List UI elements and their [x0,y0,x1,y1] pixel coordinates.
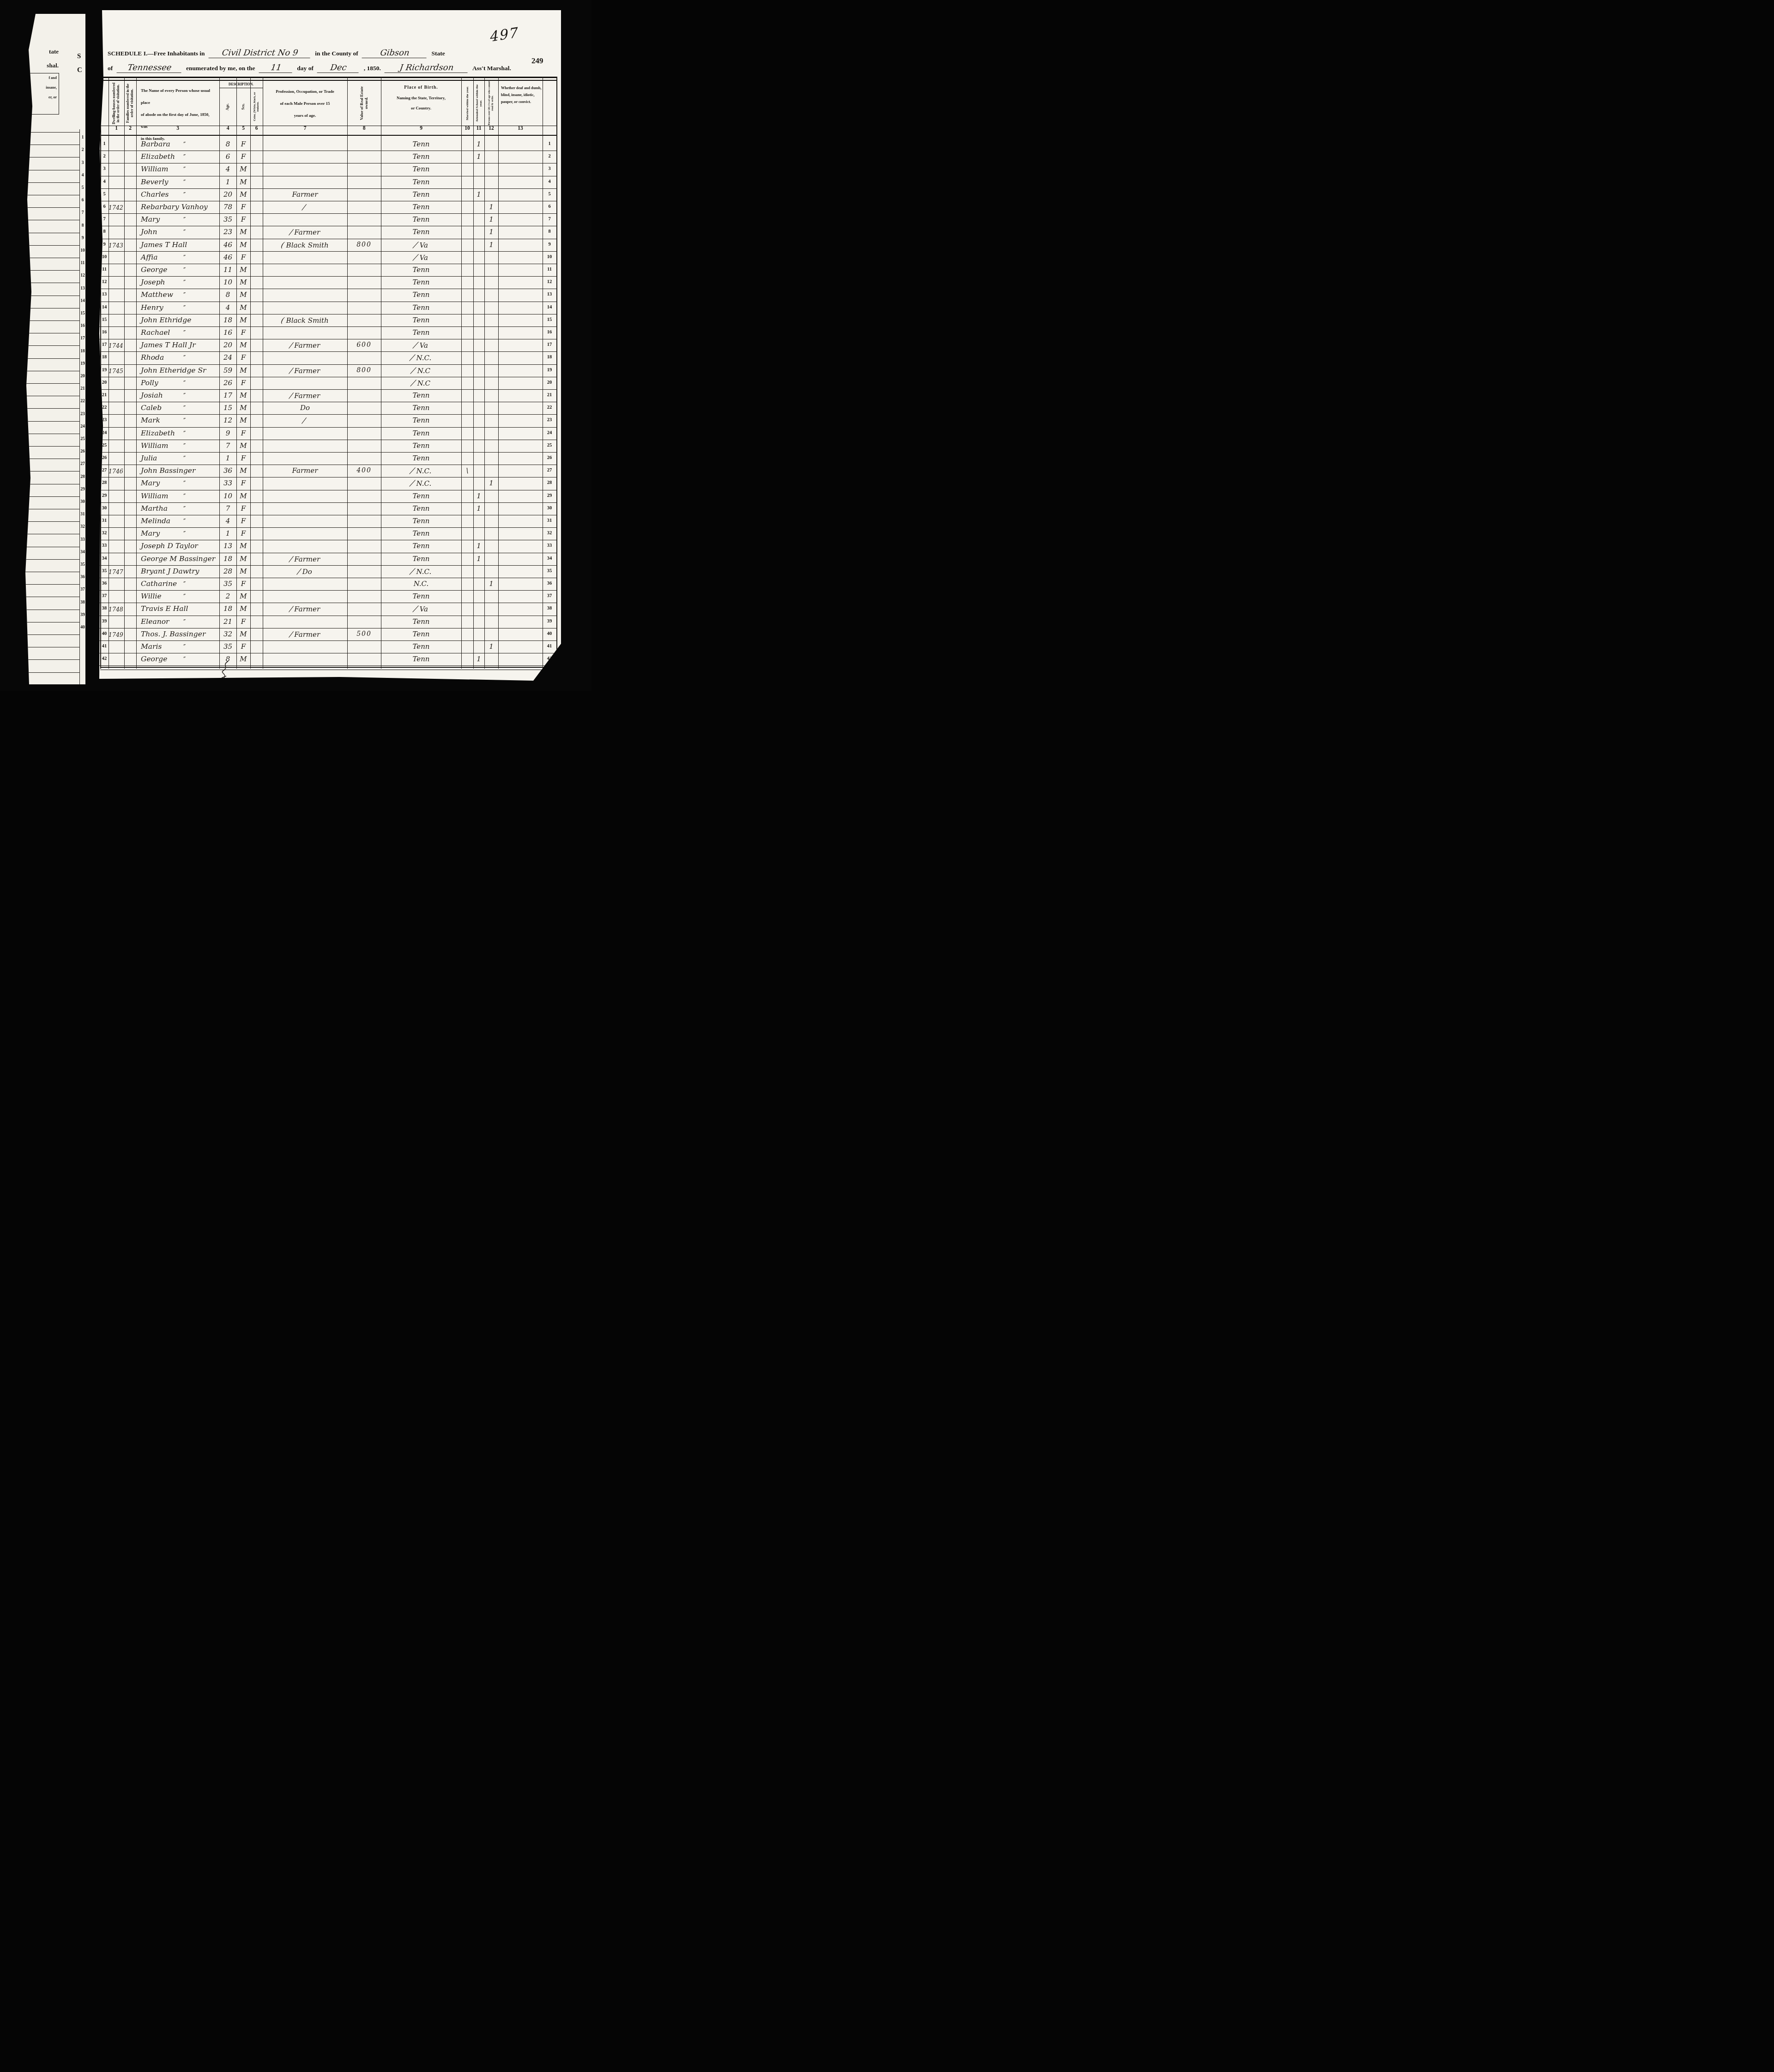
ditto-mark: ″ [183,141,186,149]
cell-attended-school [473,377,484,390]
cell-sex: M [236,553,250,566]
cell-sex: M [236,415,250,427]
table-row: 11George″11MTenn11 [99,264,557,277]
person-name: John Etheridge Sr [141,366,206,375]
person-name: Mark [141,416,160,424]
row-number-right: 27 [543,465,556,477]
cell-place-of-birth: Tenn [381,616,461,628]
ditto-mark: ″ [183,229,186,236]
cell-sex: F [236,214,250,226]
cell-sex: M [236,339,250,352]
cell-profession [263,214,347,226]
cell-dwelling-number [109,226,124,239]
cell-real-estate-value [347,490,381,503]
person-name: Julia [141,454,157,462]
person-name: Mary [141,529,160,538]
cell-dwelling-number [109,477,124,490]
cell-name: Maris″ [136,641,219,653]
cell-married-within-year [461,390,473,402]
cell-real-estate-value [347,440,381,453]
row-number-right: 37 [543,591,556,603]
cell-real-estate-value [347,377,381,390]
cell-attended-school [473,226,484,239]
cell-married-within-year [461,327,473,339]
cell-condition [498,616,543,628]
fragment-row-rule [25,408,79,409]
cell-color [250,477,263,490]
fragment-marshal-text: shal. [47,62,59,69]
handwritten-day: 11 [259,63,293,73]
ditto-mark: ″ [183,581,186,588]
cell-dwelling-number [109,440,124,453]
cell-attended-school [473,252,484,264]
title-mid: in the County of [315,50,358,57]
cell-dwelling-number [109,390,124,402]
ink-check-mark: / [409,353,416,362]
schedule-title-line2: of Tennessee enumerated by me, on the 11… [108,63,511,73]
person-name: Caleb [141,404,162,412]
cell-condition [498,553,543,566]
cell-place-of-birth: Tenn [381,226,461,239]
cell-condition [498,226,543,239]
cell-color [250,226,263,239]
cell-condition [498,566,543,578]
cell-profession [263,578,347,591]
cell-condition [498,277,543,289]
table-row: 25William″7MTenn25 [99,440,557,453]
person-name: Rachael [141,328,170,337]
cell-color [250,415,263,427]
cell-sex: M [236,540,250,553]
cell-cannot-read-write [484,339,498,352]
cell-sex: F [236,377,250,390]
fragment-column13-box: f and insane, er, or [29,73,59,115]
cell-cannot-read-write [484,365,498,377]
fragment-row-rule [25,534,79,534]
fragment-row-rule [25,182,79,183]
ditto-mark: ″ [183,279,186,287]
cell-married-within-year [461,490,473,503]
cell-attended-school [473,528,484,540]
header-attended-school: Attended School within the year. [473,81,484,126]
cell-age: 35 [219,578,236,591]
ditto-mark: ″ [183,455,186,463]
cell-sex: M [236,365,250,377]
cell-place-of-birth: Tenn [381,453,461,465]
cell-dwelling-number: 1747 [109,566,124,578]
cell-cannot-read-write [484,277,498,289]
row-number-right: 26 [543,453,556,465]
column-number: 13 [498,126,543,131]
cell-dwelling-number: 1743 [109,239,124,252]
cell-real-estate-value [347,163,381,176]
fragment-row-number: 33 [79,538,86,542]
cell-sex: F [236,616,250,628]
handwritten-signature: J Richardson [385,63,469,73]
cell-color [250,578,263,591]
cell-age: 18 [219,553,236,566]
cell-age: 46 [219,252,236,264]
ditto-mark: ″ [183,430,186,438]
table-row: 32Mary″1FTenn32 [99,528,557,540]
cell-cannot-read-write [484,591,498,603]
cell-real-estate-value [347,402,381,415]
cell-cannot-read-write: 1 [484,226,498,239]
cell-profession: /Farmer [263,603,347,616]
cell-place-of-birth: Tenn [381,214,461,226]
cell-real-estate-value [347,566,381,578]
fragment-row-rule [25,471,79,471]
cell-married-within-year [461,239,473,252]
person-name: Rhoda [141,353,164,362]
person-name: Catharine [141,580,177,588]
cell-cannot-read-write [484,503,498,515]
cell-married-within-year [461,428,473,440]
cell-color [250,352,263,364]
cell-color [250,641,263,653]
cell-sex: F [236,352,250,364]
ink-check-mark: / [409,466,416,476]
cell-attended-school [473,327,484,339]
row-number-left: 7 [100,214,109,226]
person-name: George [141,266,167,274]
cell-name: John Ethridge [136,314,219,327]
cell-sex: M [236,277,250,289]
table-row: 22Caleb″15MDoTenn22 [99,402,557,415]
cell-family-number [124,515,136,528]
cell-age: 18 [219,603,236,616]
fragment-row-number: 22 [79,399,86,404]
cell-cannot-read-write [484,151,498,163]
row-number-left: 42 [100,653,109,666]
handwritten-month: Dec [317,63,360,73]
fragment-row-rule [25,584,79,585]
row-number-right: 3 [543,163,556,176]
cell-name: Martha″ [136,503,219,515]
cell-name: Mary″ [136,214,219,226]
cell-age: 17 [219,390,236,402]
cell-profession [263,163,347,176]
ditto-mark: ″ [183,531,186,538]
cell-real-estate-value [347,277,381,289]
cell-color [250,139,263,151]
cell-attended-school [473,402,484,415]
table-row: 351747Bryant J Dawtry28M/Do/N.C.35 [99,566,557,578]
cell-family-number [124,365,136,377]
person-name: William [141,492,168,500]
person-name: Charles [141,190,169,199]
cell-attended-school: 1 [473,189,484,201]
fragment-row-rule [25,610,79,610]
cell-color [250,453,263,465]
fragment-row-number: 19 [79,362,86,366]
cell-married-within-year [461,578,473,591]
fragment-row-number: 2 [79,148,86,152]
cell-real-estate-value [347,352,381,364]
row-number-right: 14 [543,302,556,314]
cell-dwelling-number [109,402,124,415]
row-number-left: 37 [100,591,109,603]
cell-condition [498,139,543,151]
row-number-left: 33 [100,540,109,553]
cell-age: 4 [219,302,236,314]
cell-color [250,566,263,578]
row-number-right: 35 [543,566,556,578]
cell-cannot-read-write: 1 [484,201,498,214]
cell-condition [498,641,543,653]
fragment-row-rule [25,597,79,597]
cell-married-within-year: \ [461,465,473,477]
cell-color [250,201,263,214]
cell-place-of-birth: Tenn [381,264,461,277]
person-name: Martha [141,504,168,513]
table-row: 5Charles″20MFarmerTenn15 [99,189,557,201]
cell-sex: F [236,139,250,151]
cell-sex: M [236,239,250,252]
cell-attended-school [473,415,484,427]
table-row: 23Mark″12M/Tenn23 [99,415,557,427]
fragment-row-number: 35 [79,562,86,567]
cell-dwelling-number [109,176,124,189]
table-row: 31Melinda″4FTenn31 [99,515,557,528]
cell-color [250,440,263,453]
cell-age: 1 [219,176,236,189]
cell-real-estate-value [347,503,381,515]
row-number-left: 15 [100,314,109,327]
person-name: Rebarbary Vanhoy [141,203,208,211]
cell-family-number [124,616,136,628]
cell-family-number [124,402,136,415]
cell-profession [263,264,347,277]
ditto-mark: ″ [183,493,186,501]
cell-sex: M [236,289,250,302]
table-row: 13Matthew″8MTenn13 [99,289,557,302]
fragment-box-line: er, or [29,93,59,103]
cell-attended-school [473,365,484,377]
cell-name: Charles″ [136,189,219,201]
cell-cannot-read-write: 1 [484,578,498,591]
cell-attended-school [473,453,484,465]
row-number-left: 10 [100,252,109,264]
cell-name: Matthew″ [136,289,219,302]
cell-age: 10 [219,277,236,289]
cell-cannot-read-write [484,415,498,427]
table-row: 39Eleanor″21FTenn39 [99,616,557,628]
cell-color [250,553,263,566]
cell-married-within-year [461,314,473,327]
cell-family-number [124,163,136,176]
cell-name: John Bassinger [136,465,219,477]
cell-place-of-birth: Tenn [381,201,461,214]
cell-attended-school [473,352,484,364]
ditto-mark: ″ [183,656,186,664]
fragment-row-rule [25,371,79,371]
fragment-row-number: 18 [79,349,86,354]
cell-name: Willie″ [136,591,219,603]
cell-married-within-year [461,214,473,226]
cell-attended-school [473,566,484,578]
cell-profession [263,477,347,490]
table-row: 15John Ethridge18M(Black SmithTenn15 [99,314,557,327]
cell-name: John″ [136,226,219,239]
cell-name: Eleanor″ [136,616,219,628]
cell-real-estate-value [347,578,381,591]
cell-sex: M [236,440,250,453]
person-name: Mary [141,215,160,224]
cell-dwelling-number: 1745 [109,365,124,377]
row-number-right: 29 [543,490,556,503]
cell-profession [263,641,347,653]
person-name: George M Bassinger [141,555,215,563]
cell-real-estate-value: 400 [347,465,381,477]
cell-dwelling-number: 1744 [109,339,124,352]
cell-age: 13 [219,540,236,553]
person-name: James T Hall Jr [141,341,196,349]
row-number-right: 42 [543,653,556,666]
cell-married-within-year [461,189,473,201]
cell-married-within-year [461,477,473,490]
cell-color [250,515,263,528]
cell-profession [263,591,347,603]
fragment-row-rule [25,396,79,396]
cell-profession [263,540,347,553]
cell-real-estate-value [347,390,381,402]
table-row: 26Julia″1FTenn26 [99,453,557,465]
cell-real-estate-value [347,553,381,566]
cell-sex: F [236,428,250,440]
cell-married-within-year [461,277,473,289]
row-number-left: 3 [100,163,109,176]
cell-attended-school [473,603,484,616]
fragment-row-number: 30 [79,500,86,504]
ditto-mark: ″ [183,619,186,626]
table-row: 29William″10MTenn129 [99,490,557,503]
cell-place-of-birth: /N.C. [381,465,461,477]
ink-check-mark: ( [280,316,285,325]
cell-family-number [124,151,136,163]
cell-color [250,163,263,176]
fragment-row-rule [25,145,79,145]
cell-name: Joseph D Taylor [136,540,219,553]
table-header: Dwelling-houses numbered in the order of… [99,80,557,126]
fragment-row-rule [25,308,79,308]
cell-dwelling-number [109,653,124,666]
cell-color [250,365,263,377]
person-name: Barbara [141,140,170,148]
row-number-left: 38 [100,603,109,616]
ditto-mark: ″ [183,506,186,513]
fragment-row-rule [25,434,79,434]
cell-married-within-year [461,176,473,189]
cell-age: 24 [219,352,236,364]
fragment-row-rule [25,521,79,522]
cell-place-of-birth: Tenn [381,428,461,440]
cell-attended-school: 1 [473,151,484,163]
fragment-row-number: 11 [79,261,86,266]
fragment-row-number: 14 [79,299,86,303]
cell-family-number [124,352,136,364]
fragment-row-rule [25,270,79,271]
cell-cannot-read-write [484,490,498,503]
cell-place-of-birth: Tenn [381,490,461,503]
row-number-left: 24 [100,428,109,440]
cell-cannot-read-write [484,653,498,666]
person-name: Melinda [141,517,170,525]
row-number-left: 25 [100,440,109,453]
cell-profession [263,428,347,440]
cell-place-of-birth: Tenn [381,176,461,189]
fragment-row-number: 1 [79,135,86,140]
fragment-row-number: 9 [79,236,86,241]
fragment-row-number: 32 [79,525,86,529]
cell-married-within-year [461,641,473,653]
person-name: Eleanor [141,617,169,626]
fragment-row-rule [25,283,79,283]
ditto-mark: ″ [183,217,186,224]
cell-dwelling-number [109,327,124,339]
cell-name: Henry″ [136,302,219,314]
cell-real-estate-value [347,264,381,277]
cell-attended-school [473,289,484,302]
ditto-mark: ″ [183,393,186,400]
column-number: 4 [219,126,236,131]
cell-sex: M [236,189,250,201]
fragment-row-rule [25,622,79,622]
row-number-right: 36 [543,578,556,591]
cell-real-estate-value [347,327,381,339]
cell-sex: F [236,503,250,515]
header-age: Age. [219,88,236,126]
cell-dwelling-number [109,428,124,440]
cell-place-of-birth: Tenn [381,139,461,151]
cell-married-within-year [461,628,473,641]
cell-name: George M Bassinger [136,553,219,566]
cell-age: 4 [219,515,236,528]
table-top-rule [100,77,556,78]
cell-married-within-year [461,151,473,163]
header-place-of-birth: Place of Birth. Naming the State, Territ… [381,81,461,126]
row-number-right: 33 [543,540,556,553]
cell-family-number [124,566,136,578]
cell-place-of-birth: /Va [381,239,461,252]
cell-profession [263,302,347,314]
header-name: The Name of every Person whose usual pla… [136,81,219,126]
cell-family-number [124,490,136,503]
row-number-left: 16 [100,327,109,339]
ditto-mark: ″ [183,593,186,601]
cell-name: Catharine″ [136,578,219,591]
cell-cannot-read-write [484,139,498,151]
cell-sex: M [236,264,250,277]
cell-sex: M [236,465,250,477]
title-pre: SCHEDULE I.—Free Inhabitants in [108,50,205,57]
row-number-left: 14 [100,302,109,314]
ink-check-mark: / [289,341,293,350]
handwritten-county: Gibson [362,48,428,58]
cell-family-number [124,528,136,540]
cell-place-of-birth: Tenn [381,277,461,289]
cell-condition [498,289,543,302]
cell-family-number [124,603,136,616]
cell-married-within-year [461,453,473,465]
cell-name: Thos. J. Bassinger [136,628,219,641]
cell-place-of-birth: /N.C. [381,566,461,578]
cell-age: 21 [219,616,236,628]
fragment-row-number: 31 [79,512,86,517]
ditto-mark: ″ [183,292,186,299]
cell-real-estate-value [347,189,381,201]
cell-name: Affia″ [136,252,219,264]
